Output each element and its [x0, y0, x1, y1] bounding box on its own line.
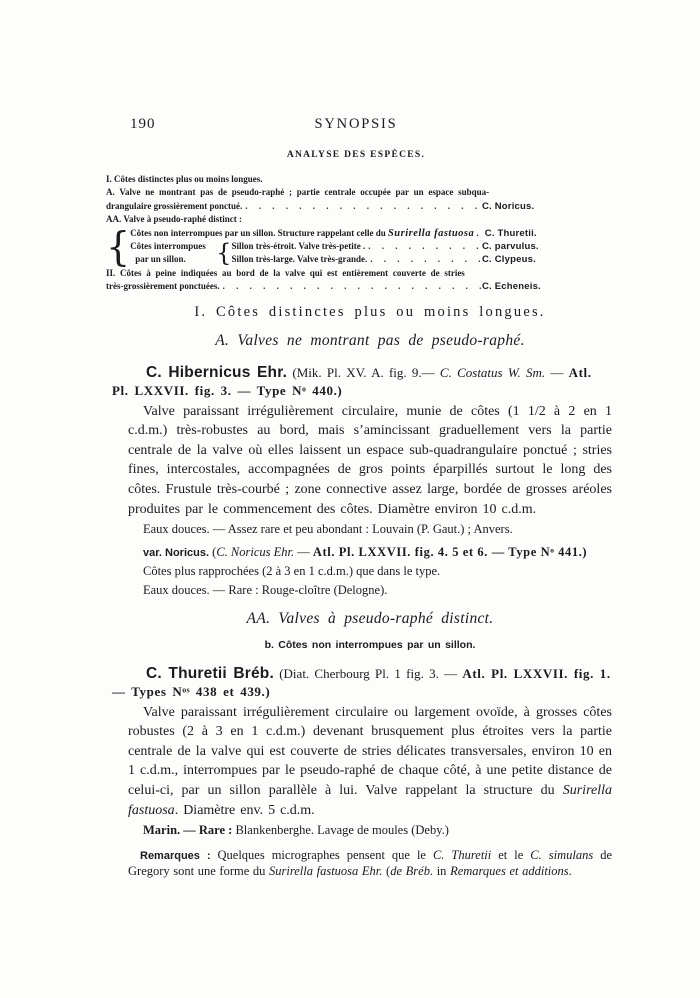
key-line-a: A. Valve ne montrant pas de pseudo-raphé…	[106, 186, 612, 199]
description-text: Valve paraissant irrégulièrement circula…	[128, 705, 612, 798]
key-text: AA. Valve à pseudo-raphé distinct :	[106, 214, 242, 224]
dot-leader: . . . . . . . . . . . . . . . . . . . . …	[365, 240, 482, 253]
habitat-label: Marin. — Rare :	[143, 823, 232, 837]
key-branch-label: Côtes interrompues par un sillon.	[130, 240, 216, 267]
dot-leader: . . . . . . . . . . . . . . . . . . . . …	[367, 253, 482, 266]
analyse-title: ANALYSE DES ESPÈCES.	[100, 150, 612, 160]
key-line-i: I. Côtes distinctes plus ou moins longue…	[106, 173, 612, 186]
species-name-clypeus: C. Clypeus.	[482, 253, 612, 266]
description-text: . Diamètre env. 5 c.d.m.	[175, 803, 315, 818]
dot-leader: . . . . . . . . . . . . . . . . . . . . …	[242, 200, 482, 213]
section-heading-b: b. Côtes non interrompues par un sillon.	[128, 639, 612, 651]
taxon-italic: Surirella fastuosa	[388, 228, 474, 239]
section-heading-i: I. Côtes distinctes plus ou moins longue…	[128, 304, 612, 321]
section-heading-a: A. Valves ne montrant pas de pseudo-raph…	[128, 332, 612, 350]
key-text: II. Côtes à peine indiquées au bord de l…	[106, 268, 465, 278]
key-text: Côtes interrompues	[130, 240, 216, 253]
key-text: Sillon très-étroit. Valve très-petite .	[231, 240, 365, 253]
taxon-italic: C. Costatus W. Sm.	[440, 365, 545, 380]
remarks-label: Remarques :	[140, 850, 211, 862]
key-text: Sillon très-large. Valve très-grande.	[231, 253, 367, 266]
remarks-paragraph: Remarques : Quelques micrographes pensen…	[128, 848, 612, 880]
species-heading-hibernicus: C. Hibernicus Ehr. (Mik. Pl. XV. A. fig.…	[112, 364, 612, 401]
taxon-italic: Remarques et additions	[450, 864, 569, 878]
hibernicus-description: Valve paraissant irrégulièrement circula…	[128, 402, 612, 520]
species-name-heading: C. Hibernicus Ehr.	[146, 364, 287, 381]
key-brace-content: Côtes non interrompues par un sillon. St…	[130, 227, 612, 267]
book-page: 190 SYNOPSIS ANALYSE DES ESPÈCES. I. Côt…	[0, 0, 700, 998]
reference-strong: Atl. Pl. LXXVII. fig. 4. 5 et 6. — Type …	[313, 545, 587, 559]
reference-text: —	[294, 545, 313, 559]
taxon-italic: C. Noricus Ehr.	[216, 545, 294, 559]
key-line-parvulus: Sillon très-étroit. Valve très-petite . …	[231, 240, 612, 253]
key-brace-group: { Côtes non interrompues par un sillon. …	[106, 227, 612, 267]
key-text: très-grossièrement ponctuées.	[106, 280, 220, 293]
thuretii-habitat: Marin. — Rare : Blankenberghe. Lavage de…	[128, 823, 612, 839]
var-noricus-habitat: Eaux douces. — Rare : Rouge-cloître (Del…	[128, 583, 612, 599]
running-title: SYNOPSIS	[100, 116, 612, 133]
species-name-echeneis: C. Echeneis.	[482, 280, 612, 293]
species-name-parvulus: C. parvulus.	[482, 240, 612, 253]
key-sub-branches: Sillon très-étroit. Valve très-petite . …	[231, 240, 612, 267]
key-line-ii: II. Côtes à peine indiquées au bord de l…	[106, 267, 612, 280]
key-line-aa: AA. Valve à pseudo-raphé distinct :	[106, 213, 612, 226]
reference-text: (Mik. Pl. XV. A. fig. 9.—	[287, 365, 440, 380]
key-line-interrompues: Côtes interrompues par un sillon. { Sill…	[130, 240, 612, 267]
key-line-clypeus: Sillon très-large. Valve très-grande. . …	[231, 253, 612, 266]
taxon-italic: Surirella fastuosa Ehr.	[269, 864, 382, 878]
reference-text: —	[545, 365, 569, 380]
reference-text: (Diat. Cherbourg Pl. 1 fig. 3. —	[274, 666, 462, 681]
variety-name: var. Noricus.	[143, 547, 209, 559]
species-name-heading: C. Thuretii Bréb.	[146, 665, 274, 682]
main-text-column: I. Côtes distinctes plus ou moins longue…	[128, 304, 612, 880]
key-text: A. Valve ne montrant pas de pseudo-raphé…	[106, 187, 489, 197]
key-line-a-result: drangulaire grossièrement ponctué. . . .…	[106, 200, 612, 213]
dot-leader: . . . . . . . . . . . . . . . . . . . . …	[220, 280, 482, 293]
page-header: 190 SYNOPSIS	[100, 116, 612, 134]
species-name-noricus: C. Noricus.	[482, 200, 612, 213]
key-text: I. Côtes distinctes plus ou moins longue…	[106, 174, 263, 184]
species-key: I. Côtes distinctes plus ou moins longue…	[106, 173, 612, 294]
habitat-text: Blankenberghe. Lavage de moules (Deby.)	[232, 823, 449, 837]
taxon-italic: C. simulans	[530, 848, 593, 862]
section-heading-aa: AA. Valves à pseudo-raphé distinct.	[128, 610, 612, 628]
key-line-thuretii: Côtes non interrompues par un sillon. St…	[130, 227, 612, 240]
key-text: par un sillon.	[130, 253, 216, 266]
taxon-italic: C. Thuretii	[433, 848, 491, 862]
left-brace-glyph: {	[106, 226, 130, 268]
hibernicus-habitat: Eaux douces. — Assez rare et peu abondan…	[128, 522, 612, 538]
var-noricus-heading: var. Noricus. (C. Noricus Ehr. — Atl. Pl…	[128, 545, 612, 562]
species-name-thuretii: C. Thuretii.	[485, 227, 612, 240]
key-text: Côtes non interrompues par un sillon. St…	[130, 227, 479, 240]
species-heading-thuretii: C. Thuretii Bréb. (Diat. Cherbourg Pl. 1…	[112, 665, 612, 702]
inner-brace-glyph: {	[216, 240, 231, 266]
page-number: 190	[130, 116, 156, 133]
key-line-ii-result: très-grossièrement ponctuées. . . . . . …	[106, 280, 612, 293]
thuretii-description: Valve paraissant irrégulièrement circula…	[128, 703, 612, 821]
taxon-italic: de Bréb.	[390, 864, 433, 878]
key-text: drangulaire grossièrement ponctué.	[106, 200, 242, 213]
var-noricus-description: Côtes plus rapprochées (2 à 3 en 1 c.d.m…	[128, 564, 612, 580]
